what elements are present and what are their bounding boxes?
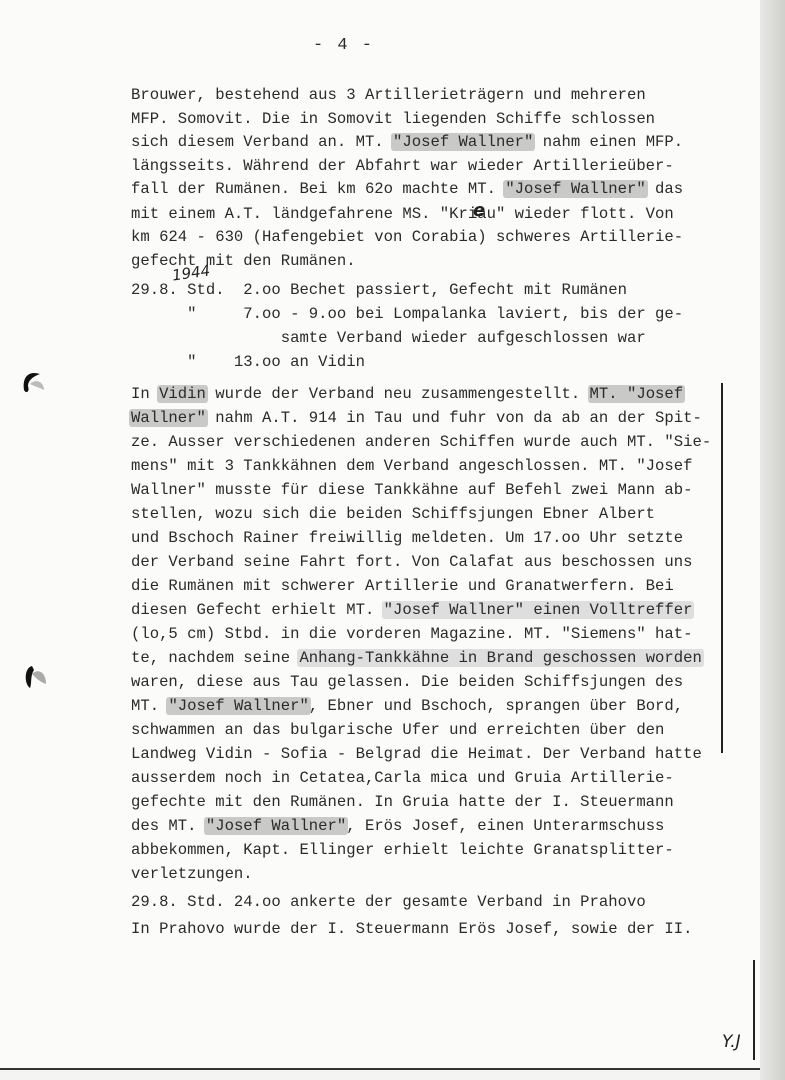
text-line: ausserdem noch in Cetatea,Carla mica und… xyxy=(131,767,674,789)
text-segment: ausserdem noch in Cetatea,Carla mica und… xyxy=(131,769,674,787)
text-line: diesen Gefecht erhielt MT. "Josef Wallne… xyxy=(131,599,692,621)
text-segment: gefecht mit den Rumänen. xyxy=(131,252,356,270)
text-line: 29.8. Std. 2.oo Bechet passiert, Gefecht… xyxy=(131,279,627,301)
text-segment: " 13.oo an Vidin xyxy=(131,353,365,371)
text-segment: wurde der Verband neu zusammengestellt. xyxy=(206,385,590,403)
punch-hole-icon xyxy=(18,662,48,692)
text-line: längsseits. Während der Abfahrt war wied… xyxy=(131,155,674,177)
text-line: Wallner" nahm A.T. 914 in Tau und fuhr v… xyxy=(131,407,702,429)
highlighted-text: Wallner" xyxy=(129,409,208,427)
text-segment: gefechte mit den Rumänen. In Gruia hatte… xyxy=(131,793,674,811)
text-line: sich diesem Verband an. MT. "Josef Walln… xyxy=(131,131,683,153)
text-segment: verletzungen. xyxy=(131,865,253,883)
text-segment: waren, diese aus Tau gelassen. Die beide… xyxy=(131,673,683,691)
text-line: te, nachdem seine Anhang-Tankkähne in Br… xyxy=(131,647,702,669)
text-segment: des MT. xyxy=(131,817,206,835)
text-line: stellen, wozu sich die beiden Schiffsjun… xyxy=(131,503,655,525)
text-segment: In xyxy=(131,385,159,403)
text-line: abbekommen, Kapt. Ellinger erhielt leich… xyxy=(131,839,674,861)
text-line: In Vidin wurde der Verband neu zusammeng… xyxy=(131,383,683,405)
handwritten-initials: Y.J xyxy=(722,1032,741,1052)
text-segment: 29.8. Std. 24.oo ankerte der gesamte Ver… xyxy=(131,893,646,911)
text-line: gefechte mit den Rumänen. In Gruia hatte… xyxy=(131,791,674,813)
highlighted-text: "Josef Wallner" xyxy=(391,133,535,151)
text-line: des MT. "Josef Wallner", Erös Josef, ein… xyxy=(131,815,664,837)
text-line: Brouwer, bestehend aus 3 Artillerieträge… xyxy=(131,84,646,106)
text-line: " 13.oo an Vidin xyxy=(131,351,365,373)
text-line: gefecht mit den Rumänen. xyxy=(131,250,356,272)
text-segment: (lo,5 cm) Stbd. in die vorderen Magazine… xyxy=(131,625,692,643)
highlighted-text: Anhang-Tankkähne in Brand geschossen wor… xyxy=(297,649,703,667)
highlighted-text: Vidin xyxy=(157,385,208,403)
text-segment: te, nachdem seine xyxy=(131,649,299,667)
text-segment: abbekommen, Kapt. Ellinger erhielt leich… xyxy=(131,841,674,859)
text-line: und Bschoch Rainer freiwillig meldeten. … xyxy=(131,527,683,549)
text-segment: Wallner" musste für diese Tankkähne auf … xyxy=(131,481,692,499)
text-segment: Landweg Vidin - Sofia - Belgrad die Heim… xyxy=(131,745,702,763)
text-line: 29.8. Std. 24.oo ankerte der gesamte Ver… xyxy=(131,891,646,913)
text-segment: der Verband seine Fahrt fort. Von Calafa… xyxy=(131,553,692,571)
text-segment: mens" mit 3 Tankkähnen dem Verband anges… xyxy=(131,457,692,475)
text-line: der Verband seine Fahrt fort. Von Calafa… xyxy=(131,551,692,573)
text-segment: fall der Rumänen. Bei km 62o machte MT. xyxy=(131,180,505,198)
text-line: schwammen an das bulgarische Ufer und er… xyxy=(131,719,664,741)
text-segment: diesen Gefecht erhielt MT. xyxy=(131,601,384,619)
text-segment: schwammen an das bulgarische Ufer und er… xyxy=(131,721,664,739)
text-segment: stellen, wozu sich die beiden Schiffsjun… xyxy=(131,505,655,523)
text-segment: MFP. Somovit. Die in Somovit liegenden S… xyxy=(131,110,655,128)
punch-hole-icon xyxy=(18,368,48,398)
text-segment: , Erös Josef, einen Unterarmschuss xyxy=(346,817,664,835)
text-segment: mit einem A.T. ländgefahrene MS. "Kriau"… xyxy=(131,205,674,223)
scan-edge-shadow xyxy=(760,0,785,1080)
highlighted-text: "Josef Wallner" xyxy=(204,817,348,835)
text-line: Landweg Vidin - Sofia - Belgrad die Heim… xyxy=(131,743,702,765)
text-line: Wallner" musste für diese Tankkähne auf … xyxy=(131,479,692,501)
handwritten-correction: e xyxy=(473,200,485,221)
text-line: In Prahovo wurde der I. Steuermann Erös … xyxy=(131,918,692,940)
text-segment: Brouwer, bestehend aus 3 Artillerieträge… xyxy=(131,86,646,104)
text-line: die Rumänen mit schwerer Artillerie und … xyxy=(131,575,674,597)
text-segment: ze. Ausser verschiedenen anderen Schiffe… xyxy=(131,433,711,451)
text-segment: km 624 - 630 (Hafengebiet von Corabia) s… xyxy=(131,228,683,246)
text-line: mit einem A.T. ländgefahrene MS. "Kriau"… xyxy=(131,203,674,225)
margin-marker-line xyxy=(721,383,723,753)
text-segment: sich diesem Verband an. MT. xyxy=(131,133,393,151)
page-number: - 4 - xyxy=(313,36,374,55)
highlighted-text: "Josef Wallner" xyxy=(503,180,647,198)
text-segment: das xyxy=(646,180,683,198)
highlighted-text: "Josef Wallner" xyxy=(166,697,310,715)
text-line: km 624 - 630 (Hafengebiet von Corabia) s… xyxy=(131,226,683,248)
text-line: verletzungen. xyxy=(131,863,253,885)
text-line: " 7.oo - 9.oo bei Lompalanka laviert, bi… xyxy=(131,303,683,325)
text-line: waren, diese aus Tau gelassen. Die beide… xyxy=(131,671,683,693)
text-line: MT. "Josef Wallner", Ebner und Bschoch, … xyxy=(131,695,683,717)
highlighted-text: MT. "Josef xyxy=(588,385,686,403)
text-line: (lo,5 cm) Stbd. in die vorderen Magazine… xyxy=(131,623,692,645)
text-segment: die Rumänen mit schwerer Artillerie und … xyxy=(131,577,674,595)
text-line: mens" mit 3 Tankkähnen dem Verband anges… xyxy=(131,455,692,477)
text-line: fall der Rumänen. Bei km 62o machte MT. … xyxy=(131,178,683,200)
text-segment: In Prahovo wurde der I. Steuermann Erös … xyxy=(131,920,692,938)
text-segment: und Bschoch Rainer freiwillig meldeten. … xyxy=(131,529,683,547)
document-page: - 4 - Brouwer, bestehend aus 3 Artilleri… xyxy=(0,0,760,1070)
text-segment: 29.8. Std. 2.oo Bechet passiert, Gefecht… xyxy=(131,281,627,299)
text-line: MFP. Somovit. Die in Somovit liegenden S… xyxy=(131,108,655,130)
text-line: ze. Ausser verschiedenen anderen Schiffe… xyxy=(131,431,711,453)
highlighted-text: "Josef Wallner" einen Volltreffer xyxy=(382,601,695,619)
margin-marker-line xyxy=(753,960,755,1060)
text-segment: nahm A.T. 914 in Tau und fuhr von da ab … xyxy=(206,409,702,427)
text-segment: längsseits. Während der Abfahrt war wied… xyxy=(131,157,674,175)
text-segment: samte Verband wieder aufgeschlossen war xyxy=(131,329,646,347)
text-segment: nahm einen MFP. xyxy=(533,133,683,151)
text-segment: , Ebner und Bschoch, sprangen über Bord, xyxy=(309,697,683,715)
text-line: samte Verband wieder aufgeschlossen war xyxy=(131,327,646,349)
text-segment: MT. xyxy=(131,697,168,715)
text-segment: " 7.oo - 9.oo bei Lompalanka laviert, bi… xyxy=(131,305,683,323)
